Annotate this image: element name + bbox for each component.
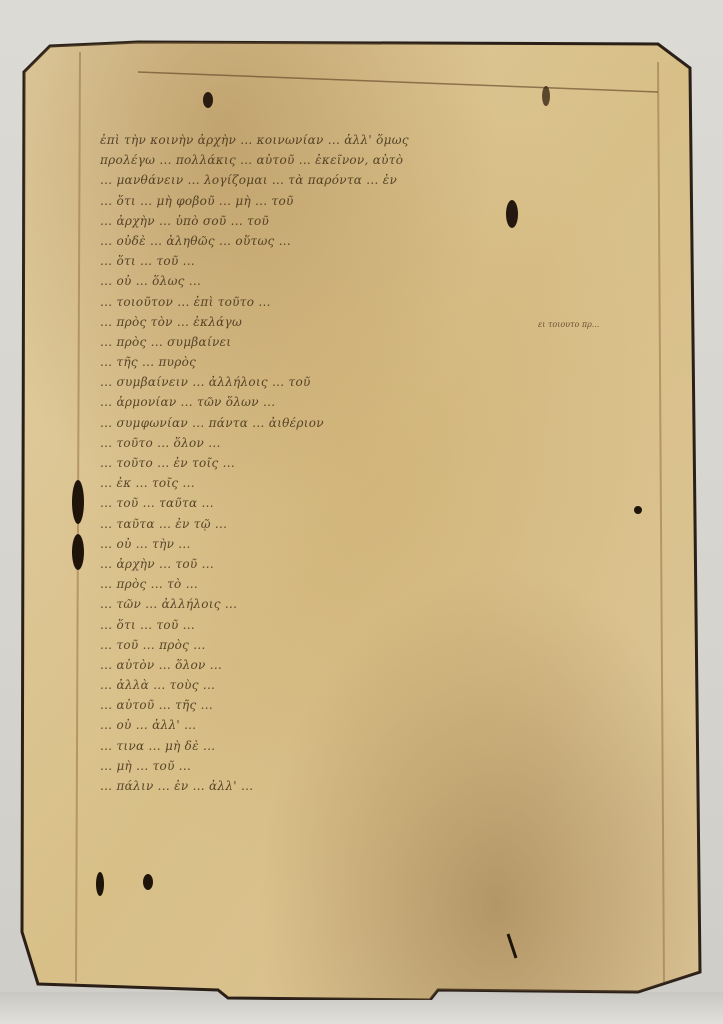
text-line: ... πρὸς ... συμβαίνει <box>100 332 550 352</box>
parchment-leaf: ἐπὶ τὴν κοινὴν ἀρχὴν ... κοινωνίαν ... ἀ… <box>18 32 706 1000</box>
text-line: ... πρὸς ... τὸ ... <box>100 574 550 594</box>
manuscript-text-block: ἐπὶ τὴν κοινὴν ἀρχὴν ... κοινωνίαν ... ἀ… <box>100 130 550 796</box>
text-line: ... τοιοῦτον ... ἐπὶ τοῦτο ... <box>100 292 550 312</box>
text-line: ... οὐ ... ἀλλ' ... <box>100 715 550 735</box>
text-line: ... ὅτι ... τοῦ ... <box>100 615 550 635</box>
text-line: ... οὐδὲ ... ἀληθῶς ... οὕτως ... <box>100 231 550 251</box>
text-line: ... ἐκ ... τοῖς ... <box>100 473 550 493</box>
marginal-note: ει τοιουτο πρ... <box>538 320 599 329</box>
image-description: Photograph of a single stained, worn par… <box>0 0 1 1</box>
text-line: ... ἀλλὰ ... τοὺς ... <box>100 675 550 695</box>
text-line: ἐπὶ τὴν κοινὴν ἀρχὴν ... κοινωνίαν ... ἀ… <box>100 130 550 150</box>
text-line: ... πρὸς τὸν ... ἐκλάγω <box>100 312 550 332</box>
manuscript-photograph: ἐπὶ τὴν κοινὴν ἀρχὴν ... κοινωνίαν ... ἀ… <box>0 0 723 1024</box>
text-line: ... τοῦ ... ταῦτα ... <box>100 493 550 513</box>
text-line: ... οὐ ... τὴν ... <box>100 534 550 554</box>
text-line: ... τοῦ ... πρὸς ... <box>100 635 550 655</box>
text-line: ... συμφωνίαν ... πάντα ... ἀιθέριον <box>100 413 550 433</box>
text-line: ... ταῦτα ... ἐν τῷ ... <box>100 514 550 534</box>
text-line: ... ἀρχὴν ... ὑπὸ σοῦ ... τοῦ <box>100 211 550 231</box>
text-line: ... συμβαίνειν ... ἀλλήλοις ... τοῦ <box>100 372 550 392</box>
text-line: ... ἁρμονίαν ... τῶν ὅλων ... <box>100 392 550 412</box>
text-line: ... τοῦτο ... ὅλον ... <box>100 433 550 453</box>
text-line: ... ἀρχὴν ... τοῦ ... <box>100 554 550 574</box>
text-line: ... τοῦτο ... ἐν τοῖς ... <box>100 453 550 473</box>
text-line: ... αὐτὸν ... ὅλον ... <box>100 655 550 675</box>
text-line: ... ὅτι ... τοῦ ... <box>100 251 550 271</box>
text-line: ... ὅτι ... μὴ φοβοῦ ... μὴ ... τοῦ <box>100 191 550 211</box>
text-line: ... πάλιν ... ἐν ... ἀλλ' ... <box>100 776 550 796</box>
text-line: ... τῆς ... πυρὸς <box>100 352 550 372</box>
text-line: ... τῶν ... ἀλλήλοις ... <box>100 594 550 614</box>
text-line: ... μὴ ... τοῦ ... <box>100 756 550 776</box>
text-line: ... αὐτοῦ ... τῆς ... <box>100 695 550 715</box>
text-line: ... οὐ ... ὅλως ... <box>100 271 550 291</box>
text-line: ... τινα ... μὴ δὲ ... <box>100 736 550 756</box>
text-line: ... μανθάνειν ... λογίζομαι ... τὰ παρόν… <box>100 170 550 190</box>
text-line: προλέγω ... πολλάκις ... αὐτοῦ ... ἐκεῖν… <box>100 150 550 170</box>
